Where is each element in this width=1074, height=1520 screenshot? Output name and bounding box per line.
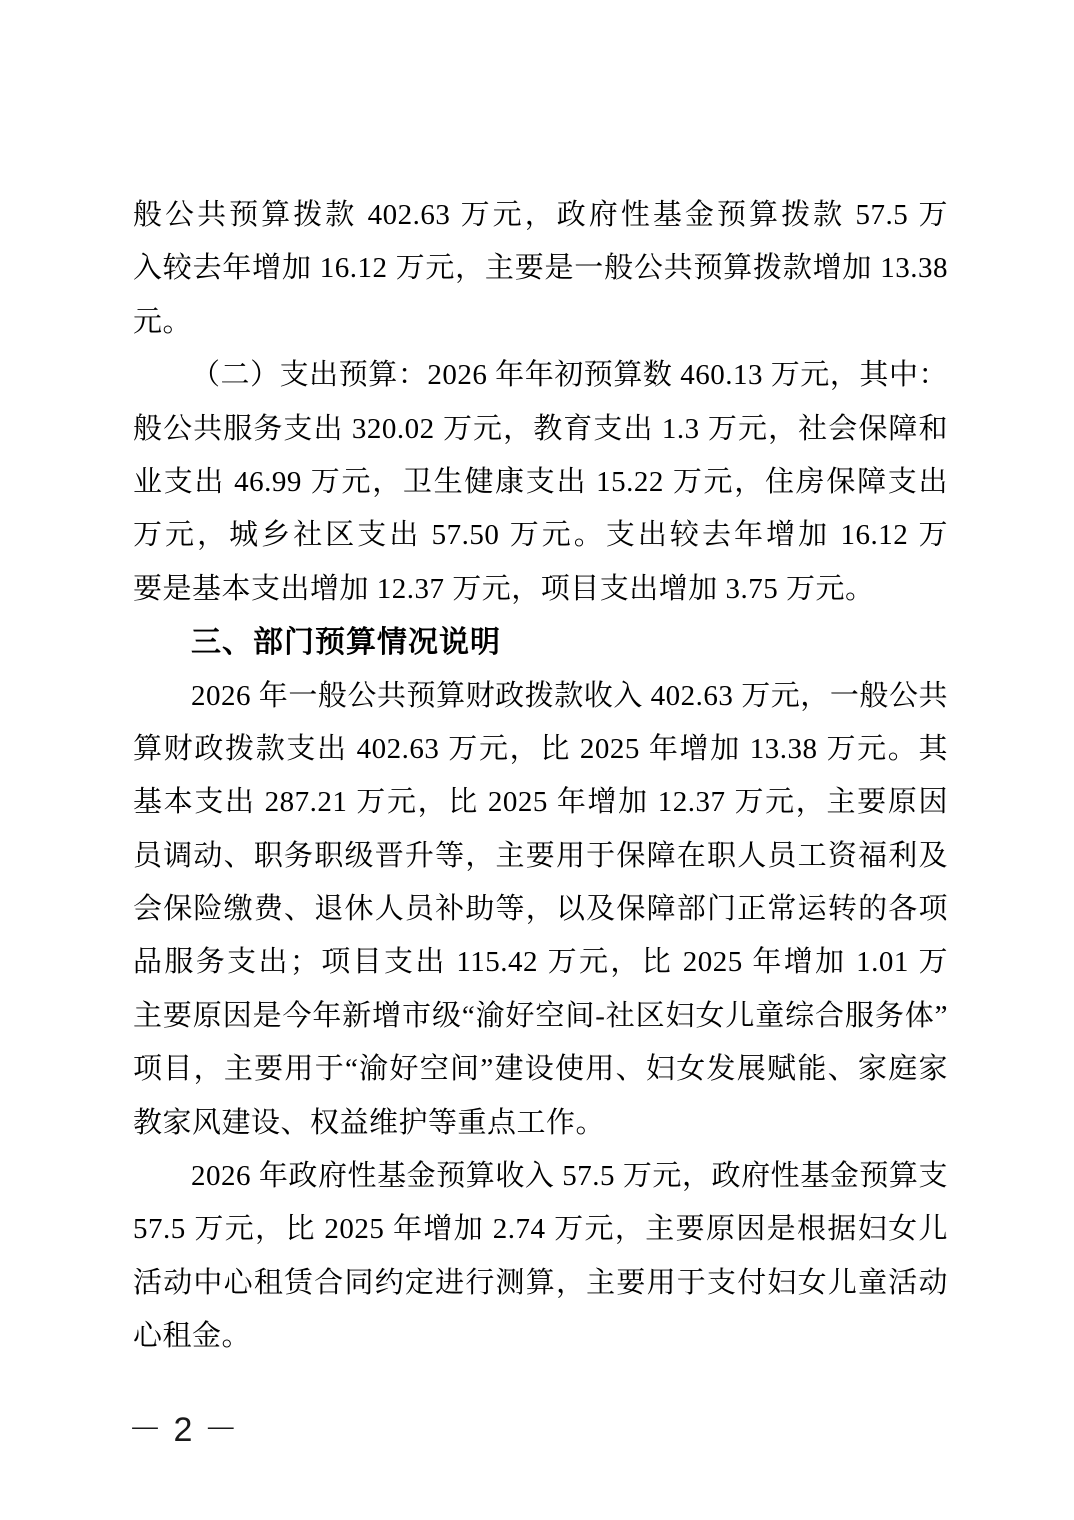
text-line: 项目，主要用于“渝好空间”建设使用、妇女发展赋能、家庭家 — [133, 1043, 948, 1096]
text-line: 三、部门预算情况说明 — [133, 616, 948, 669]
document-body: 般公共预算拨款 402.63 万元，政府性基金预算拨款 57.5 万元。收入较去… — [133, 189, 948, 1364]
text-line: 业支出 46.99 万元，卫生健康支出 15.22 万元，住房保障支出 19.1… — [133, 456, 948, 509]
paragraph: 2026 年一般公共预算财政拨款收入 402.63 万元，一般公共预算财政拨款支… — [133, 670, 948, 1151]
text-line: 要是基本支出增加 12.37 万元，项目支出增加 3.75 万元。 — [133, 563, 948, 616]
text-line: （二）支出预算：2026 年年初预算数 460.13 万元，其中：一 — [133, 349, 948, 402]
text-line: 会保险缴费、退休人员补助等，以及保障部门正常运转的各项商 — [133, 883, 948, 936]
text-line: 元。 — [133, 296, 948, 349]
text-line: 般公共预算拨款 402.63 万元，政府性基金预算拨款 57.5 万元。收 — [133, 189, 948, 242]
text-line: 般公共服务支出 320.02 万元，教育支出 1.3 万元，社会保障和就 — [133, 403, 948, 456]
text-line: 入较去年增加 16.12 万元，主要是一般公共预算拨款增加 13.38 万 — [133, 242, 948, 295]
document-page: 般公共预算拨款 402.63 万元，政府性基金预算拨款 57.5 万元。收入较去… — [0, 0, 1074, 1520]
text-line: 2026 年一般公共预算财政拨款收入 402.63 万元，一般公共预 — [133, 670, 948, 723]
text-line: 教家风建设、权益维护等重点工作。 — [133, 1097, 948, 1150]
text-line: 主要原因是今年新增市级“渝好空间-社区妇女儿童综合服务体” — [133, 990, 948, 1043]
page-number: － 2 － — [128, 1411, 239, 1449]
text-line: 算财政拨款支出 402.63 万元，比 2025 年增加 13.38 万元。其中… — [133, 723, 948, 776]
paragraph: 2026 年政府性基金预算收入 57.5 万元，政府性基金预算支出57.5 万元… — [133, 1150, 948, 1364]
paragraph: 般公共预算拨款 402.63 万元，政府性基金预算拨款 57.5 万元。收入较去… — [133, 189, 948, 349]
text-line: 基本支出 287.21 万元，比 2025 年增加 12.37 万元，主要原因是… — [133, 776, 948, 829]
text-line: 活动中心租赁合同约定进行测算，主要用于支付妇女儿童活动中 — [133, 1257, 948, 1310]
text-line: 心租金。 — [133, 1310, 948, 1363]
text-line: 万元，城乡社区支出 57.50 万元。支出较去年增加 16.12 万元，主 — [133, 509, 948, 562]
page-footer: － 2 － — [128, 1402, 239, 1451]
section-heading: 三、部门预算情况说明 — [133, 616, 948, 669]
text-line: 品服务支出；项目支出 115.42 万元，比 2025 年增加 1.01 万元， — [133, 936, 948, 989]
text-line: 2026 年政府性基金预算收入 57.5 万元，政府性基金预算支出 — [133, 1150, 948, 1203]
text-line: 员调动、职务职级晋升等，主要用于保障在职人员工资福利及社 — [133, 830, 948, 883]
paragraph: （二）支出预算：2026 年年初预算数 460.13 万元，其中：一般公共服务支… — [133, 349, 948, 616]
text-line: 57.5 万元，比 2025 年增加 2.74 万元，主要原因是根据妇女儿童 — [133, 1203, 948, 1256]
